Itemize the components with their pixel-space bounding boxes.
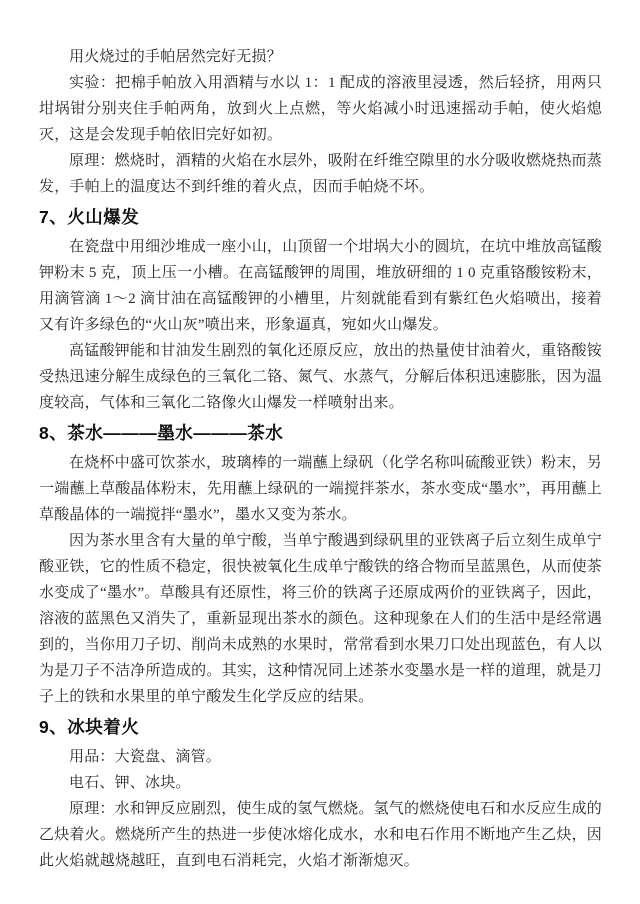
body-paragraph: 原理：水和钾反应剧烈，使生成的氢气燃烧。氢气的燃烧使电石和水反应生成的乙炔着火。… xyxy=(39,796,602,874)
body-paragraph: 在瓷盘中用细沙堆成一座小山，山顶留一个坩埚大小的圆坑，在坑中堆放高锰酸钾粉末 5… xyxy=(39,234,602,338)
document-page: 用火烧过的手帕居然完好无损？ 实验：把棉手帕放入用酒精与水以 1：1 配成的溶液… xyxy=(0,0,640,904)
body-paragraph: 因为茶水里含有大量的单宁酸，当单宁酸遇到绿矾里的亚铁离子后立刻生成单宁酸亚铁，它… xyxy=(39,528,602,710)
body-paragraph: 实验：把棉手帕放入用酒精与水以 1：1 配成的溶液里浸透，然后轻挤，用两只坩埚钳… xyxy=(39,70,602,148)
body-paragraph: 电石、钾、冰块。 xyxy=(39,770,602,796)
section-heading-7: 7、火山爆发 xyxy=(39,203,602,232)
body-paragraph: 用品：大瓷盘、滴管。 xyxy=(39,744,602,770)
section-heading-8: 8、茶水———墨水———茶水 xyxy=(39,419,602,448)
body-paragraph: 原理：燃烧时，酒精的火焰在水层外，吸附在纤维空隙里的水分吸收燃烧热而蒸发，手帕上… xyxy=(39,148,602,200)
body-paragraph: 高锰酸钾能和甘油发生剧烈的氧化还原反应，放出的热量使甘油着火，重铬酸铵受热迅速分… xyxy=(39,338,602,416)
intro-question: 用火烧过的手帕居然完好无损？ xyxy=(39,44,602,70)
body-paragraph: 在烧杯中盛可饮茶水，玻璃棒的一端蘸上绿矾（化学名称叫硫酸亚铁）粉末，另一端蘸上草… xyxy=(39,450,602,528)
section-heading-9: 9、冰块着火 xyxy=(39,713,602,742)
